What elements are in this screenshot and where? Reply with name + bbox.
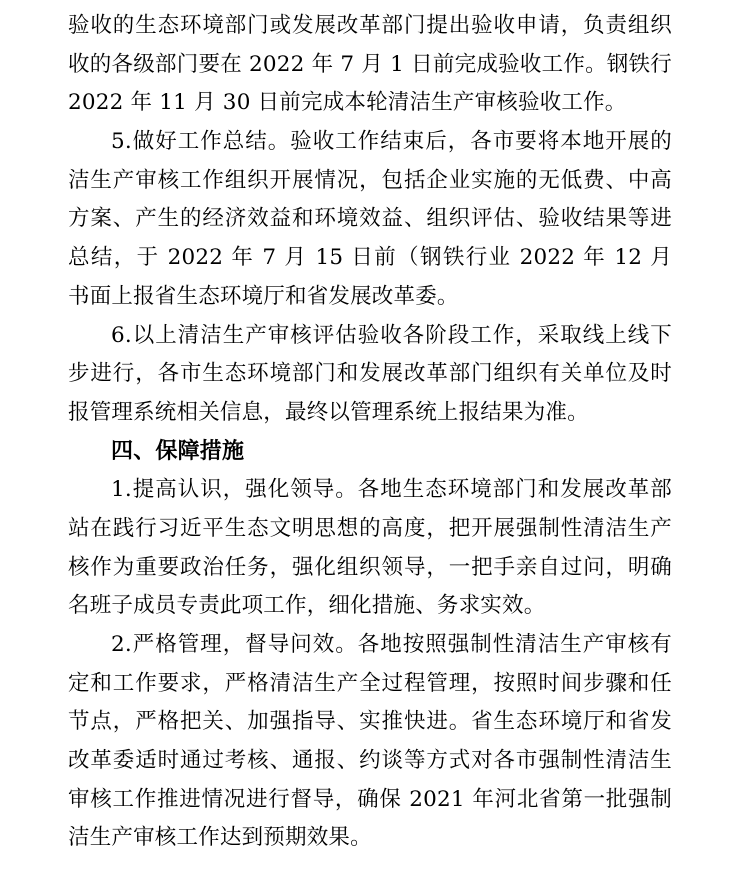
document-line: 5.做好工作总结。验收工作结束后，各市要将本地开展的清 bbox=[68, 123, 672, 162]
document-line: 核作为重要政治任务，强化组织领导，一把手亲自过问，明确一 bbox=[68, 549, 672, 588]
document-line: 报管理系统相关信息，最终以管理系统上报结果为准。 bbox=[68, 394, 672, 433]
paragraph: 2.严格管理，督导问效。各地按照强制性清洁生产审核有关规定和工作要求，严格清洁生… bbox=[68, 626, 672, 858]
document-line: 验收的生态环境部门或发展改革部门提出验收申请，负责组织验 bbox=[68, 7, 672, 46]
document-line: 收的各级部门要在 2022 年 7 月 1 日前完成验收工作。钢铁行业于 bbox=[68, 46, 672, 85]
document-line: 2.严格管理，督导问效。各地按照强制性清洁生产审核有关规 bbox=[68, 626, 672, 665]
paragraph: 6.以上清洁生产审核评估验收各阶段工作，采取线上线下同步进行，各市生态环境部门和… bbox=[68, 317, 672, 433]
section-heading-text: 四、保障措施 bbox=[68, 433, 672, 472]
document-line: 审核工作推进情况进行督导，确保 2021 年河北省第一批强制性清 bbox=[68, 781, 672, 820]
paragraph: 5.做好工作总结。验收工作结束后，各市要将本地开展的清洁生产审核工作组织开展情况… bbox=[68, 123, 672, 316]
document-line: 1.提高认识，强化领导。各地生态环境部门和发展改革部门要 bbox=[68, 471, 672, 510]
document-line: 名班子成员专责此项工作，细化措施、务求实效。 bbox=[68, 587, 672, 626]
section-heading: 四、保障措施 bbox=[68, 433, 672, 472]
document-line: 定和工作要求，严格清洁生产全过程管理，按照时间步骤和任务 bbox=[68, 665, 672, 704]
document-line: 步进行，各市生态环境部门和发展改革部门组织有关单位及时填 bbox=[68, 355, 672, 394]
paragraph: 1.提高认识，强化领导。各地生态环境部门和发展改革部门要站在践行习近平生态文明思… bbox=[68, 471, 672, 626]
document-line: 洁生产审核工作达到预期效果。 bbox=[68, 819, 672, 858]
document-line: 节点，严格把关、加强指导、实推快进。省生态环境厅和省发展 bbox=[68, 703, 672, 742]
document-line: 站在践行习近平生态文明思想的高度，把开展强制性清洁生产审 bbox=[68, 510, 672, 549]
document-page: 验收的生态环境部门或发展改革部门提出验收申请，负责组织验收的各级部门要在 202… bbox=[0, 0, 741, 870]
document-body: 验收的生态环境部门或发展改革部门提出验收申请，负责组织验收的各级部门要在 202… bbox=[68, 7, 672, 858]
document-line: 6.以上清洁生产审核评估验收各阶段工作，采取线上线下同 bbox=[68, 317, 672, 356]
document-line: 改革委适时通过考核、通报、约谈等方式对各市强制性清洁生产 bbox=[68, 742, 672, 781]
document-line: 2022 年 11 月 30 日前完成本轮清洁生产审核验收工作。 bbox=[68, 84, 672, 123]
document-line: 书面上报省生态环境厅和省发展改革委。 bbox=[68, 278, 672, 317]
paragraph: 验收的生态环境部门或发展改革部门提出验收申请，负责组织验收的各级部门要在 202… bbox=[68, 7, 672, 123]
document-line: 总结，于 2022 年 7 月 15 日前（钢铁行业 2022 年 12 月 1… bbox=[68, 239, 672, 278]
document-line: 洁生产审核工作组织开展情况，包括企业实施的无低费、中高费 bbox=[68, 162, 672, 201]
document-line: 方案、产生的经济效益和环境效益、组织评估、验收结果等进行 bbox=[68, 200, 672, 239]
